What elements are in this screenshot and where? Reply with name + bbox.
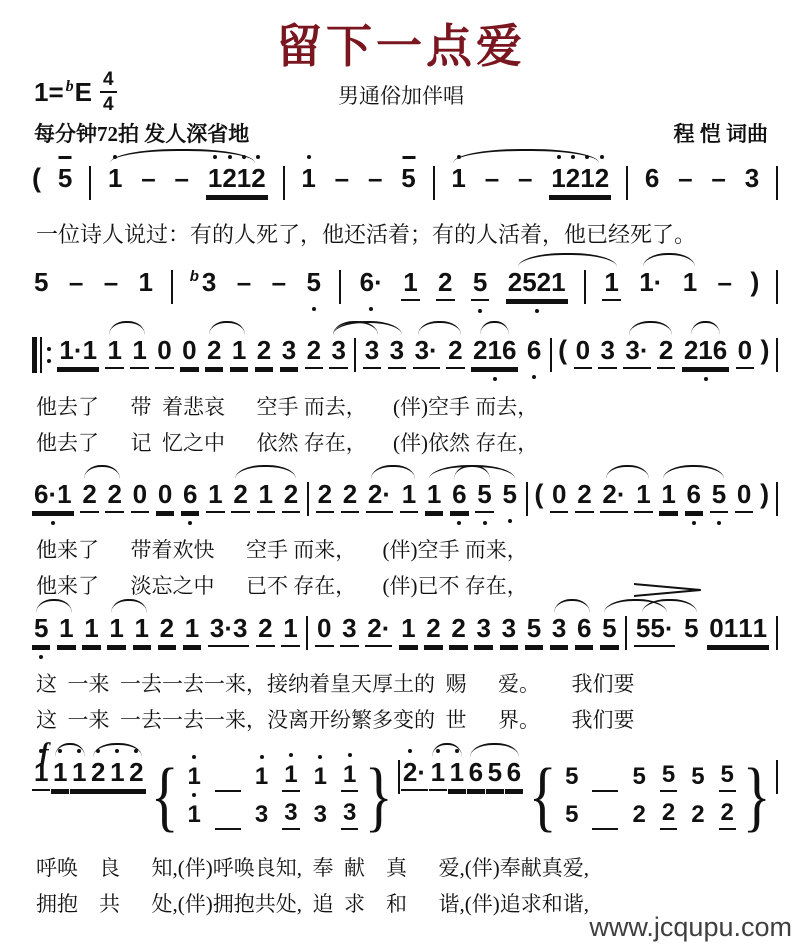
octave-dot-below [457, 521, 461, 525]
note-token: 0 [131, 480, 149, 513]
octave-bar-above [402, 156, 415, 159]
note-token: 5 [486, 758, 504, 791]
note-token: 2 [660, 800, 677, 830]
octave-dot-above [289, 753, 293, 757]
note-token: 1 [681, 268, 699, 299]
lyric-row: 这 一来 一去一去一来，没离开纷繁多变的 世 界。 我们要 [36, 706, 784, 734]
lyric-row: 呼唤 良 知,(伴)呼唤良知, 奉 献 真 爱,(伴)奉献真爱, [36, 854, 784, 882]
note-token: 3 [312, 802, 329, 830]
note-token: 6 [643, 164, 661, 195]
octave-dot-above [39, 749, 43, 753]
decrescendo-hairpin [634, 582, 701, 598]
note-token: 2 [158, 614, 176, 647]
stack-row: 13333 [186, 800, 359, 830]
note-token: 1 [57, 614, 75, 647]
note-token: 1 [312, 764, 329, 792]
brace-close: } [743, 758, 771, 834]
note-token: – [173, 164, 191, 195]
note-token: 1 [282, 762, 299, 792]
note-token: 1 [257, 480, 275, 513]
note-token: 1 [425, 480, 443, 513]
barline [625, 616, 627, 650]
barline [626, 166, 628, 200]
stack-row: 55555 [563, 762, 736, 792]
note-token: 1 [186, 802, 203, 830]
note-token: 0 [574, 336, 592, 369]
note-token: 6 [685, 480, 703, 513]
barline [526, 482, 528, 516]
lyric-row: 他来了 带着欢快 空手 而来， (伴)空手 而来， [36, 536, 784, 564]
music-system-1: (51––12121––51––12126––3一位诗人说过：有的人死了，他还活… [26, 146, 784, 250]
lyric-row: 他去了 带 着悲哀 空手 而去， (伴)空手 而去， [36, 393, 784, 421]
note-token: 2· [365, 614, 392, 647]
note-token: 3 [341, 800, 358, 830]
octave-dot-below [39, 655, 43, 659]
octave-dot-above [256, 155, 260, 159]
notation-symbol: ( [534, 480, 543, 510]
note-token: 1 [70, 758, 88, 791]
note-token: 2· [366, 480, 393, 513]
note-token: 6 [525, 336, 543, 367]
note-token: 2 [256, 614, 274, 647]
note-token: 3 [363, 336, 381, 369]
note-token: b3 [190, 268, 219, 299]
note-token: 216 [471, 336, 518, 369]
note-token: 5 [471, 268, 489, 301]
note-token: 1 [449, 164, 467, 195]
octave-dot-below [532, 375, 536, 379]
barline [354, 338, 356, 372]
note-token: 6 [450, 480, 468, 513]
notation-symbol: ) [760, 480, 769, 510]
notation-symbol: ( [558, 336, 567, 366]
duration-line [592, 808, 618, 830]
brace-open: { [151, 758, 179, 834]
note-token: 2521 [506, 268, 568, 301]
note-token: 5 [710, 480, 728, 513]
note-token: 0 [315, 614, 333, 647]
brace-open: { [528, 758, 556, 834]
barline [584, 270, 586, 304]
duration-line [215, 808, 241, 830]
note-token: – [366, 164, 384, 195]
note-token: 5 [719, 762, 736, 792]
sheet-music-page: 留下一点爱 1=bE 4 4 男通俗加伴唱 每分钟72拍 发人深省地 程 恺 词… [0, 0, 802, 949]
note-token: 1 [253, 764, 270, 792]
note-token: 2 [719, 800, 736, 830]
note-token: – [716, 268, 734, 299]
barline [776, 482, 778, 516]
note-token: 0 [550, 480, 568, 513]
barline [171, 270, 173, 304]
barline [776, 166, 778, 200]
note-token: 1 [429, 758, 447, 791]
note-token: 5 [304, 268, 322, 299]
note-token: 5 [525, 614, 543, 647]
song-title: 留下一点爱 [0, 10, 802, 76]
barline [776, 338, 778, 372]
octave-dot-below [188, 521, 192, 525]
note-token: 1 [186, 764, 203, 792]
octave-dot-below [312, 307, 316, 311]
note-token: – [333, 164, 351, 195]
note-token: 2 [127, 758, 145, 791]
note-token: 6 [467, 758, 485, 791]
note-token: 2 [575, 480, 593, 513]
note-token: 1 [659, 480, 677, 513]
note-token: – [483, 164, 501, 195]
octave-dot-below [704, 377, 708, 381]
octave-dot-below [478, 309, 482, 313]
note-token: 3 [329, 336, 347, 369]
note-token: 1 [634, 480, 652, 513]
note-token: 1 [105, 336, 123, 369]
note-token: 1 [299, 164, 317, 195]
note-token: 2 [657, 336, 675, 369]
note-token: 3·3 [208, 614, 250, 647]
octave-dot-above [260, 755, 264, 759]
note-token: 5 [32, 268, 50, 299]
repeat-begin-sign [32, 337, 51, 373]
octave-bar-above [59, 156, 72, 159]
note-token: 6 [181, 480, 199, 513]
note-token: 1 [341, 762, 358, 792]
note-token: 5 [32, 614, 50, 647]
octave-dot-above [408, 749, 412, 753]
note-token: 5 [475, 480, 493, 513]
note-token: 0 [155, 336, 173, 369]
tempo-marking: 每分钟72拍 发人深省地 [34, 118, 249, 148]
note-token: – [102, 268, 120, 299]
note-token: 2 [436, 268, 454, 301]
note-token: 5 [563, 764, 580, 792]
note-token: 1 [400, 480, 418, 513]
note-token: 2 [255, 336, 273, 369]
note-token: 2 [231, 480, 249, 513]
performance-subtitle: 男通俗加伴唱 [0, 80, 802, 110]
note-token: – [270, 268, 288, 299]
lyric-row: 一位诗人说过：有的人死了，他还活着；有的人活着，他已经死了。 [36, 220, 784, 250]
note-token: 1 [183, 614, 201, 647]
note-token: 0 [735, 480, 753, 513]
note-token: 2 [89, 758, 107, 791]
flat-sign: b [190, 268, 199, 285]
note-token: 0 [736, 336, 754, 369]
note-token: 3· [623, 336, 650, 369]
note-token: – [676, 164, 694, 195]
note-token: 3· [413, 336, 440, 369]
note-token: 3 [280, 336, 298, 369]
note-token: 1 [602, 268, 620, 301]
note-token: 3 [743, 164, 761, 195]
note-token: 1212 [549, 164, 611, 197]
duration-line [215, 770, 241, 792]
note-token: – [516, 164, 534, 195]
note-token: 6 [575, 614, 593, 647]
octave-dot-below [483, 521, 487, 525]
note-token: 1 [130, 336, 148, 369]
octave-dot-below [51, 521, 55, 525]
note-token: 5 [682, 614, 700, 645]
note-token: 5 [689, 764, 706, 792]
note-token: 1 [137, 268, 155, 299]
notation-symbol: ( [32, 164, 41, 194]
note-token: 0 [180, 336, 198, 369]
note-token: 1 [82, 614, 100, 647]
barline [433, 166, 435, 200]
octave-dot-above [307, 155, 311, 159]
music-system-4: 6·1220061212222·11655(022·11650)他来了 带着欢快… [26, 462, 784, 601]
note-token: – [709, 164, 727, 195]
barline [306, 616, 308, 650]
note-token: 2 [630, 802, 647, 830]
octave-dot-below [369, 307, 373, 311]
lyric-row: 他去了 记 忆之中 依然 存在， (伴)依然 存在， [36, 429, 784, 457]
barline [89, 166, 91, 200]
note-token: 1 [107, 614, 125, 647]
note-token: 216 [682, 336, 729, 369]
note-token: 1·1 [57, 336, 99, 369]
music-system-5: 51111213·321032·12233536555·50111这 一来 一去… [26, 596, 784, 735]
note-token: 1 [108, 758, 126, 791]
note-token: 6 [505, 758, 523, 791]
barline [283, 166, 285, 200]
octave-dot-above [192, 755, 196, 759]
octave-dot-above [348, 753, 352, 757]
watermark: www.jcqupu.com [589, 912, 792, 943]
music-system-3: 1·11100212323333·22166(033·22160)他去了 带 着… [26, 318, 784, 458]
note-token: 1· [637, 268, 664, 299]
note-token: 5 [600, 614, 618, 647]
note-token: 1 [32, 758, 50, 791]
octave-dot-above [600, 155, 604, 159]
chord-stack: {5555552222} [524, 758, 776, 834]
note-token: 2 [305, 336, 323, 369]
octave-dot-below [692, 521, 696, 525]
barline [339, 270, 341, 304]
note-token: – [235, 268, 253, 299]
notation-symbol: ) [750, 268, 759, 298]
note-token: 5 [563, 802, 580, 830]
notation-symbol: ) [761, 336, 770, 366]
note-token: 2 [316, 480, 334, 513]
note-token: 5 [630, 764, 647, 792]
note-token: 3 [474, 614, 492, 647]
note-token: 1 [51, 758, 69, 791]
note-token: 2 [282, 480, 300, 513]
note-token: 5 [660, 762, 677, 792]
note-token: – [67, 268, 85, 299]
note-token: 2 [446, 336, 464, 369]
note-token: 1 [281, 614, 299, 647]
barline [307, 482, 309, 516]
note-token: 6·1 [32, 480, 74, 513]
composer-credit: 程 恺 词曲 [674, 118, 769, 148]
note-token: 1212 [206, 164, 268, 197]
brace-close: } [365, 758, 393, 834]
note-token: 1 [106, 164, 124, 195]
note-token: 6· [358, 268, 385, 299]
note-token: 5 [56, 164, 74, 195]
note-token: 1 [230, 336, 248, 369]
chord-stack: {1111113333} [146, 758, 398, 834]
music-system-2: 5––1b3––56·125252111·1–) [26, 250, 784, 316]
barline [776, 270, 778, 304]
note-token: 3 [598, 336, 616, 369]
duration-line [592, 770, 618, 792]
note-token: 5 [399, 164, 417, 195]
note-token: 3 [282, 800, 299, 830]
note-token: 0 [156, 480, 174, 513]
stack-row: 11111 [186, 762, 359, 792]
barline [550, 338, 552, 372]
barline [776, 616, 778, 650]
note-token: 0111 [707, 614, 769, 647]
octave-dot-below [717, 521, 721, 525]
lyric-row: 这 一来 一去一去一来，接纳着皇天厚土的 赐 爱。 我们要 [36, 670, 784, 698]
note-token: – [139, 164, 157, 195]
note-token: 3 [550, 614, 568, 647]
note-token: 5 [500, 480, 518, 511]
note-token: 3 [500, 614, 518, 647]
note-token: 1 [206, 480, 224, 513]
note-token: 2· [401, 758, 428, 791]
note-token: 3 [253, 802, 270, 830]
note-token: 2 [105, 480, 123, 513]
note-token: 55· [634, 614, 676, 647]
note-token: 1 [448, 758, 466, 791]
stack-row: 52222 [563, 800, 736, 830]
barline [776, 760, 778, 794]
octave-dot-above [192, 793, 196, 797]
note-token: 2· [600, 480, 627, 513]
note-token: 2 [449, 614, 467, 647]
note-token: 2 [689, 802, 706, 830]
note-token: 2 [341, 480, 359, 513]
note-token: 2 [80, 480, 98, 513]
note-token: 3 [388, 336, 406, 369]
note-token: 2 [205, 336, 223, 369]
note-token: 1 [401, 268, 419, 301]
note-token: 1 [399, 614, 417, 647]
octave-dot-below [535, 309, 539, 313]
octave-dot-below [508, 519, 512, 523]
octave-dot-below [493, 377, 497, 381]
note-token: 3 [340, 614, 358, 647]
music-system-6: f111212{1111113333}2·11656{5555552222}呼唤… [26, 740, 784, 919]
note-token: 1 [133, 614, 151, 647]
note-token: 2 [424, 614, 442, 647]
octave-dot-above [318, 755, 322, 759]
